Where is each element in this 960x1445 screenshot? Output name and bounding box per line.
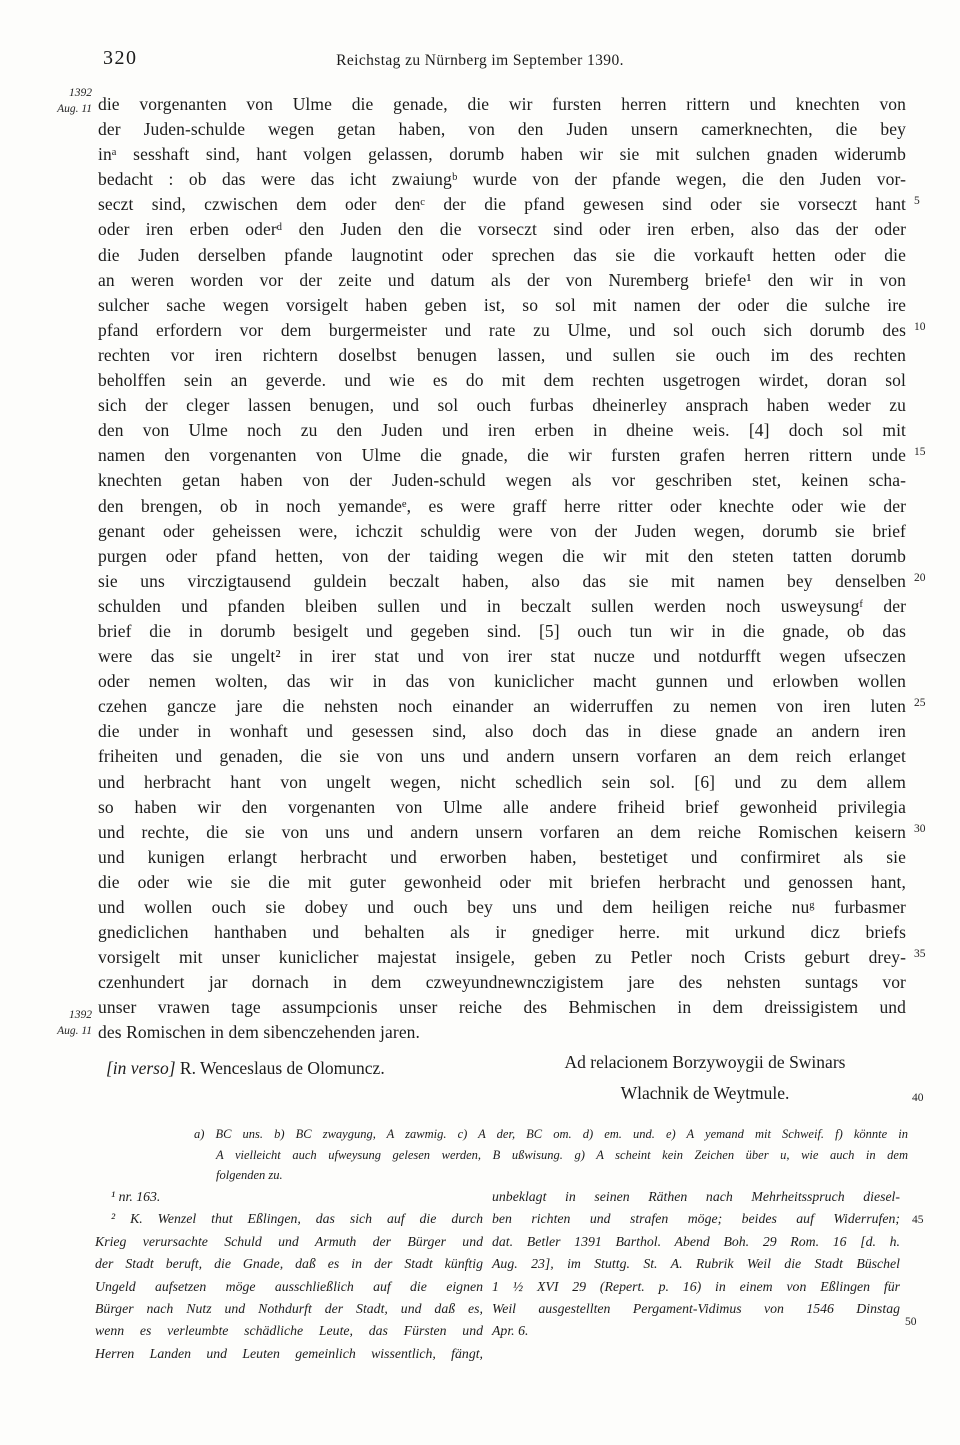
footnote-line: ben richten und strafen möge; beides auf… bbox=[492, 1208, 900, 1230]
text-line: sie uns virczigtausend guldein beczalt h… bbox=[98, 569, 906, 594]
text-line: und kunigen erlangt herbracht und erworb… bbox=[98, 845, 906, 870]
text-line: der Juden-schulde wegen getan haben, von… bbox=[98, 117, 906, 142]
text-line: czenhundert jar dornach in dem czweyundn… bbox=[98, 970, 906, 995]
apparatus-line: a) BC uns. b) BC zwaygung, A zawmig. c) … bbox=[194, 1124, 908, 1145]
footnote-line: unbeklagt in seinen Räthen nach Mehrheit… bbox=[492, 1186, 900, 1208]
footnote-line: 1 ½ XVI 29 (Repert. p. 16) in einem von … bbox=[492, 1276, 900, 1298]
text-line: und wollen ouch sie dobey und ouch bey u… bbox=[98, 895, 906, 920]
footnote-line: Krieg verursachte Schuld und Armuth der … bbox=[95, 1231, 483, 1253]
text-line: were das sie ungelt² in irer stat und vo… bbox=[98, 644, 906, 669]
text-line: oder nemen wolten, das wir in das von ku… bbox=[98, 669, 906, 694]
text-line: so haben wir den vorgenanten von Ulme al… bbox=[98, 795, 906, 820]
line-number-50: 50 bbox=[905, 1316, 917, 1328]
running-title: Reichstag zu Nürnberg im September 1390. bbox=[0, 52, 960, 70]
text-line: sulcher sache wegen vorsigelt haben gebe… bbox=[98, 293, 906, 318]
line-number: 35 bbox=[914, 948, 926, 960]
book-page: 320 Reichstag zu Nürnberg im September 1… bbox=[0, 0, 960, 1445]
footnote-line: ¹ nr. 163. bbox=[95, 1186, 483, 1208]
footnotes-left-column: ¹ nr. 163.² K. Wenzel thut Eßlingen, das… bbox=[95, 1186, 483, 1365]
line-number-40: 40 bbox=[912, 1092, 924, 1104]
text-line: genant oder geheissen were, ichczit schu… bbox=[98, 519, 906, 544]
text-line: unser vrawen tage assumpcionis unser rei… bbox=[98, 995, 906, 1020]
footnote-line: Aug. 23], im Stuttg. St. A. Rubrik Weil … bbox=[492, 1253, 900, 1275]
text-line: rechten vor iren richtern doselbst benug… bbox=[98, 343, 906, 368]
footnote-line: dat. Betler 1391 Barthol. Abend Boh. 29 … bbox=[492, 1231, 900, 1253]
footnote-line: Weil ausgestellten Pergament-Vidimus von… bbox=[492, 1298, 900, 1320]
text-line: die oder wie sie die mit guter gewonheid… bbox=[98, 870, 906, 895]
margin-year: 1392 bbox=[28, 1007, 92, 1023]
relacion-line-2: Wlachnik de Weytmule. bbox=[505, 1078, 905, 1109]
text-line: an weren worden vor der zeite und datum … bbox=[98, 268, 906, 293]
text-line: schulden und pfanden bleiben sullen und … bbox=[98, 594, 906, 619]
margin-day: Aug. 11 bbox=[28, 1023, 92, 1039]
apparatus-line: folgenden zu. bbox=[194, 1165, 908, 1186]
text-line: purgen oder pfand hetten, von der taidin… bbox=[98, 544, 906, 569]
text-line: bedacht : ob das were das icht zwaiungᵇ … bbox=[98, 167, 906, 192]
footnote-line: Ungeld aufsetzen möge ausschließlich auf… bbox=[95, 1276, 483, 1298]
text-line: seczt sind, czwischen dem oder denᶜ der … bbox=[98, 192, 906, 217]
text-line: die vorgenanten von Ulme die genade, die… bbox=[98, 92, 906, 117]
signature-name: R. Wenceslaus de Olomuncz. bbox=[180, 1058, 385, 1078]
text-line: beholffen sein an geverde. und wie es do… bbox=[98, 368, 906, 393]
text-line: sich der cleger lassen benugen, und sol … bbox=[98, 393, 906, 418]
margin-day: Aug. 11 bbox=[28, 101, 92, 117]
text-line: des Romischen in dem sibenczehenden jare… bbox=[98, 1020, 906, 1045]
text-line: den brengen, ob in noch yemandeᵉ, es wer… bbox=[98, 494, 906, 519]
text-line: inᵃ sesshaft sind, hant volgen gelassen,… bbox=[98, 142, 906, 167]
margin-date-top: 1392 Aug. 11 bbox=[28, 85, 92, 117]
text-line: gnediclichen hanthaben und behalten als … bbox=[98, 920, 906, 945]
apparatus-line: A vielleicht auch ufweysung gelesen werd… bbox=[194, 1145, 908, 1166]
text-line: die under in wonhaft und gesessen sind, … bbox=[98, 719, 906, 744]
text-line: oder iren erben oderᵈ den Juden den die … bbox=[98, 217, 906, 242]
margin-date-bottom: 1392 Aug. 11 bbox=[28, 1007, 92, 1039]
signature-left: [in verso] R. Wenceslaus de Olomuncz. bbox=[106, 1058, 385, 1079]
line-number: 5 bbox=[914, 195, 920, 207]
line-number: 25 bbox=[914, 697, 926, 709]
footnote-line: der Stadt beruft, die Gnade, daß es in d… bbox=[95, 1253, 483, 1275]
footnote-line: ² K. Wenzel thut Eßlingen, das sich auf … bbox=[95, 1208, 483, 1230]
text-line: czehen gancze jare die nehsten noch eina… bbox=[98, 694, 906, 719]
text-line: den von Ulme noch zu den Juden und iren … bbox=[98, 418, 906, 443]
body-text: die vorgenanten von Ulme die genade, die… bbox=[98, 92, 906, 1046]
text-line: pfand erfordern vor dem burgermeister un… bbox=[98, 318, 906, 343]
footnote-line: wenn es verleumbte schädliche Leute, das… bbox=[95, 1320, 483, 1342]
signature-right: Ad relacionem Borzywoygii de Swinars Wla… bbox=[505, 1047, 905, 1109]
footnote-line: Apr. 6. bbox=[492, 1320, 900, 1342]
apparatus: a) BC uns. b) BC zwaygung, A zawmig. c) … bbox=[194, 1124, 908, 1186]
line-number: 15 bbox=[914, 446, 926, 458]
text-line: und rechte, die sie von uns und andern u… bbox=[98, 820, 906, 845]
text-line: und herbracht hant von ungelt wegen, nic… bbox=[98, 770, 906, 795]
line-number: 20 bbox=[914, 572, 926, 584]
relacion-line-1: Ad relacionem Borzywoygii de Swinars bbox=[505, 1047, 905, 1078]
margin-year: 1392 bbox=[28, 85, 92, 101]
line-number: 45 bbox=[912, 1214, 924, 1226]
in-verso-label: [in verso] bbox=[106, 1058, 176, 1078]
line-number: 30 bbox=[914, 823, 926, 835]
footnote-line: Herren Landen und Leuten gemeinlich wiss… bbox=[95, 1343, 483, 1365]
line-number: 10 bbox=[914, 321, 926, 333]
text-line: knechten getan haben von der Juden-schul… bbox=[98, 468, 906, 493]
text-line: friheiten und genaden, die sie von uns u… bbox=[98, 744, 906, 769]
footnotes-right-column: unbeklagt in seinen Räthen nach Mehrheit… bbox=[492, 1186, 900, 1343]
footnote-line: Bürger nach Nutz und Nothdurft der Stadt… bbox=[95, 1298, 483, 1320]
text-line: namen den vorgenanten von Ulme die gnade… bbox=[98, 443, 906, 468]
text-line: vorsigelt mit unser kuniclicher majestat… bbox=[98, 945, 906, 970]
text-line: brief die in dorumb besigelt und gegeben… bbox=[98, 619, 906, 644]
text-line: die Juden derselben pfande laugnotint od… bbox=[98, 243, 906, 268]
